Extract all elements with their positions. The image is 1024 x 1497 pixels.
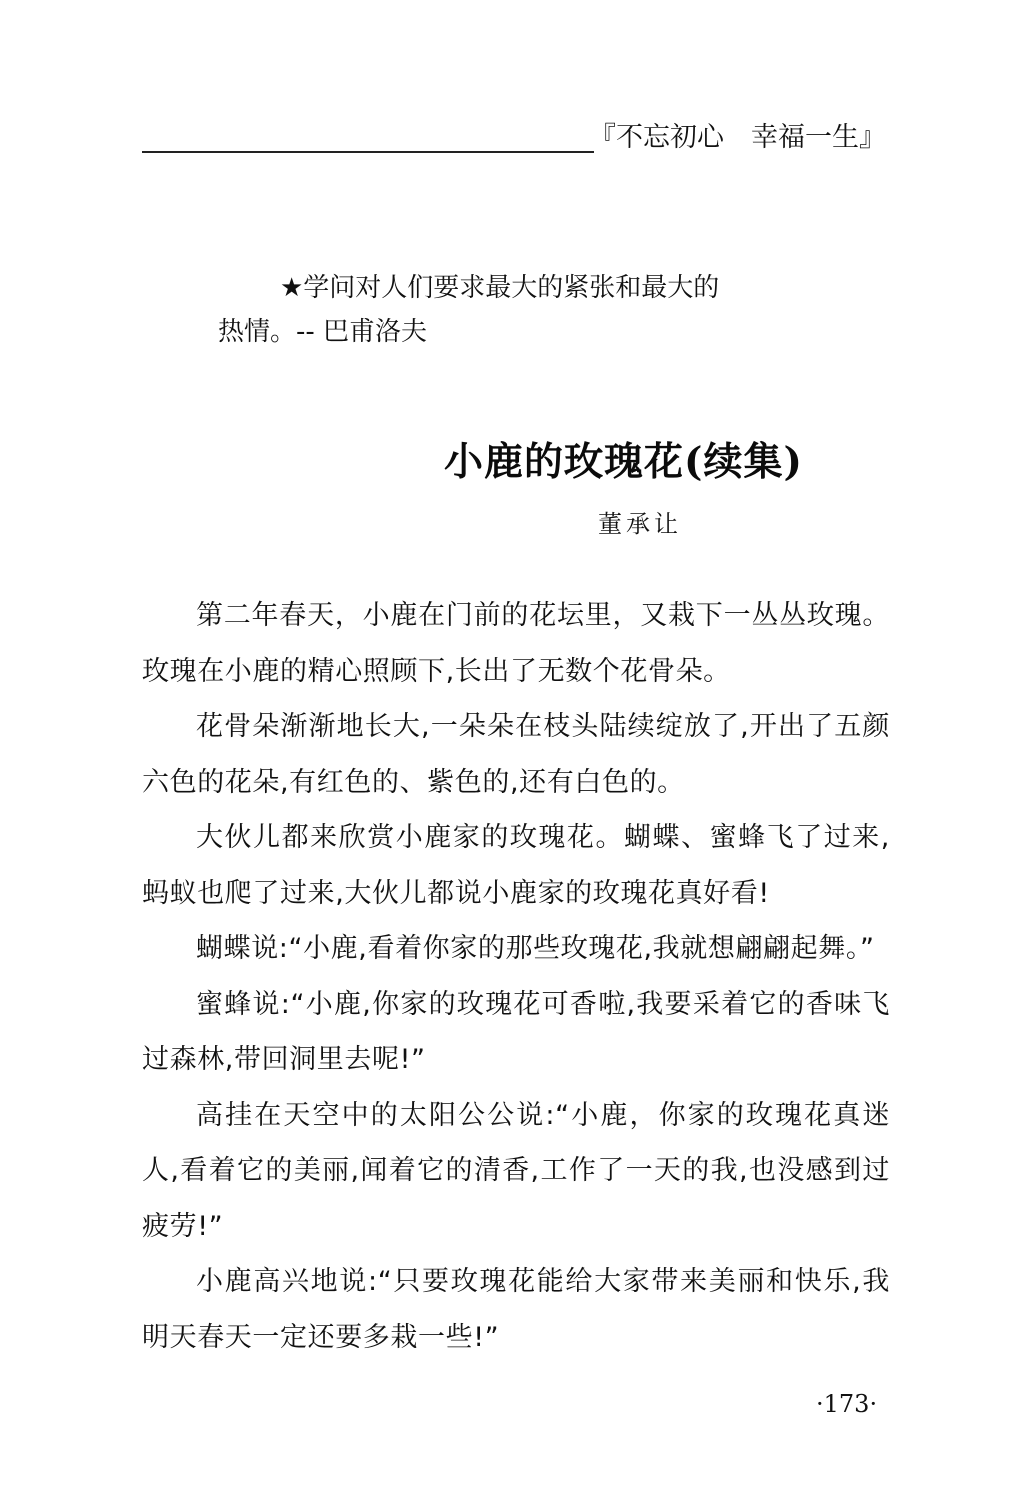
paragraph: 蝴蝶说:“小鹿,看着你家的那些玫瑰花,我就想翩翩起舞。”: [142, 921, 890, 977]
paragraph: 大伙儿都来欣赏小鹿家的玫瑰花。蝴蝶、蜜蜂飞了过来,蚂蚁也爬了过来,大伙儿都说小鹿…: [142, 810, 890, 921]
paragraph: 高挂在天空中的太阳公公说:“小鹿，你家的玫瑰花真迷人,看着它的美丽,闻着它的清香…: [142, 1088, 890, 1255]
header-rule: [142, 151, 594, 153]
quote-line-1: ★学问对人们要求最大的紧张和最大的: [218, 266, 818, 310]
running-title: 『不忘初心 幸福一生』: [589, 118, 886, 158]
paragraph: 小鹿高兴地说:“只要玫瑰花能给大家带来美丽和快乐,我明天春天一定还要多栽一些!”: [142, 1254, 890, 1365]
article-title: 小鹿的玫瑰花(续集): [444, 432, 803, 492]
page-number: ·173·: [816, 1384, 877, 1424]
paragraph: 蜜蜂说:“小鹿,你家的玫瑰花可香啦,我要采着它的香味飞过森林,带回洞里去呢!”: [142, 977, 890, 1088]
epigraph-quote: ★学问对人们要求最大的紧张和最大的 热情。-- 巴甫洛夫: [218, 266, 818, 354]
quote-line-2: 热情。-- 巴甫洛夫: [218, 310, 818, 354]
article-author: 董承让: [598, 504, 682, 544]
running-header: 『不忘初心 幸福一生』: [142, 118, 886, 158]
paragraph: 花骨朵渐渐地长大,一朵朵在枝头陆续绽放了,开出了五颜六色的花朵,有红色的、紫色的…: [142, 699, 890, 810]
article-body: 第二年春天，小鹿在门前的花坛里，又栽下一丛丛玫瑰。玫瑰在小鹿的精心照顾下,长出了…: [142, 588, 890, 1365]
paragraph: 第二年春天，小鹿在门前的花坛里，又栽下一丛丛玫瑰。玫瑰在小鹿的精心照顾下,长出了…: [142, 588, 890, 699]
